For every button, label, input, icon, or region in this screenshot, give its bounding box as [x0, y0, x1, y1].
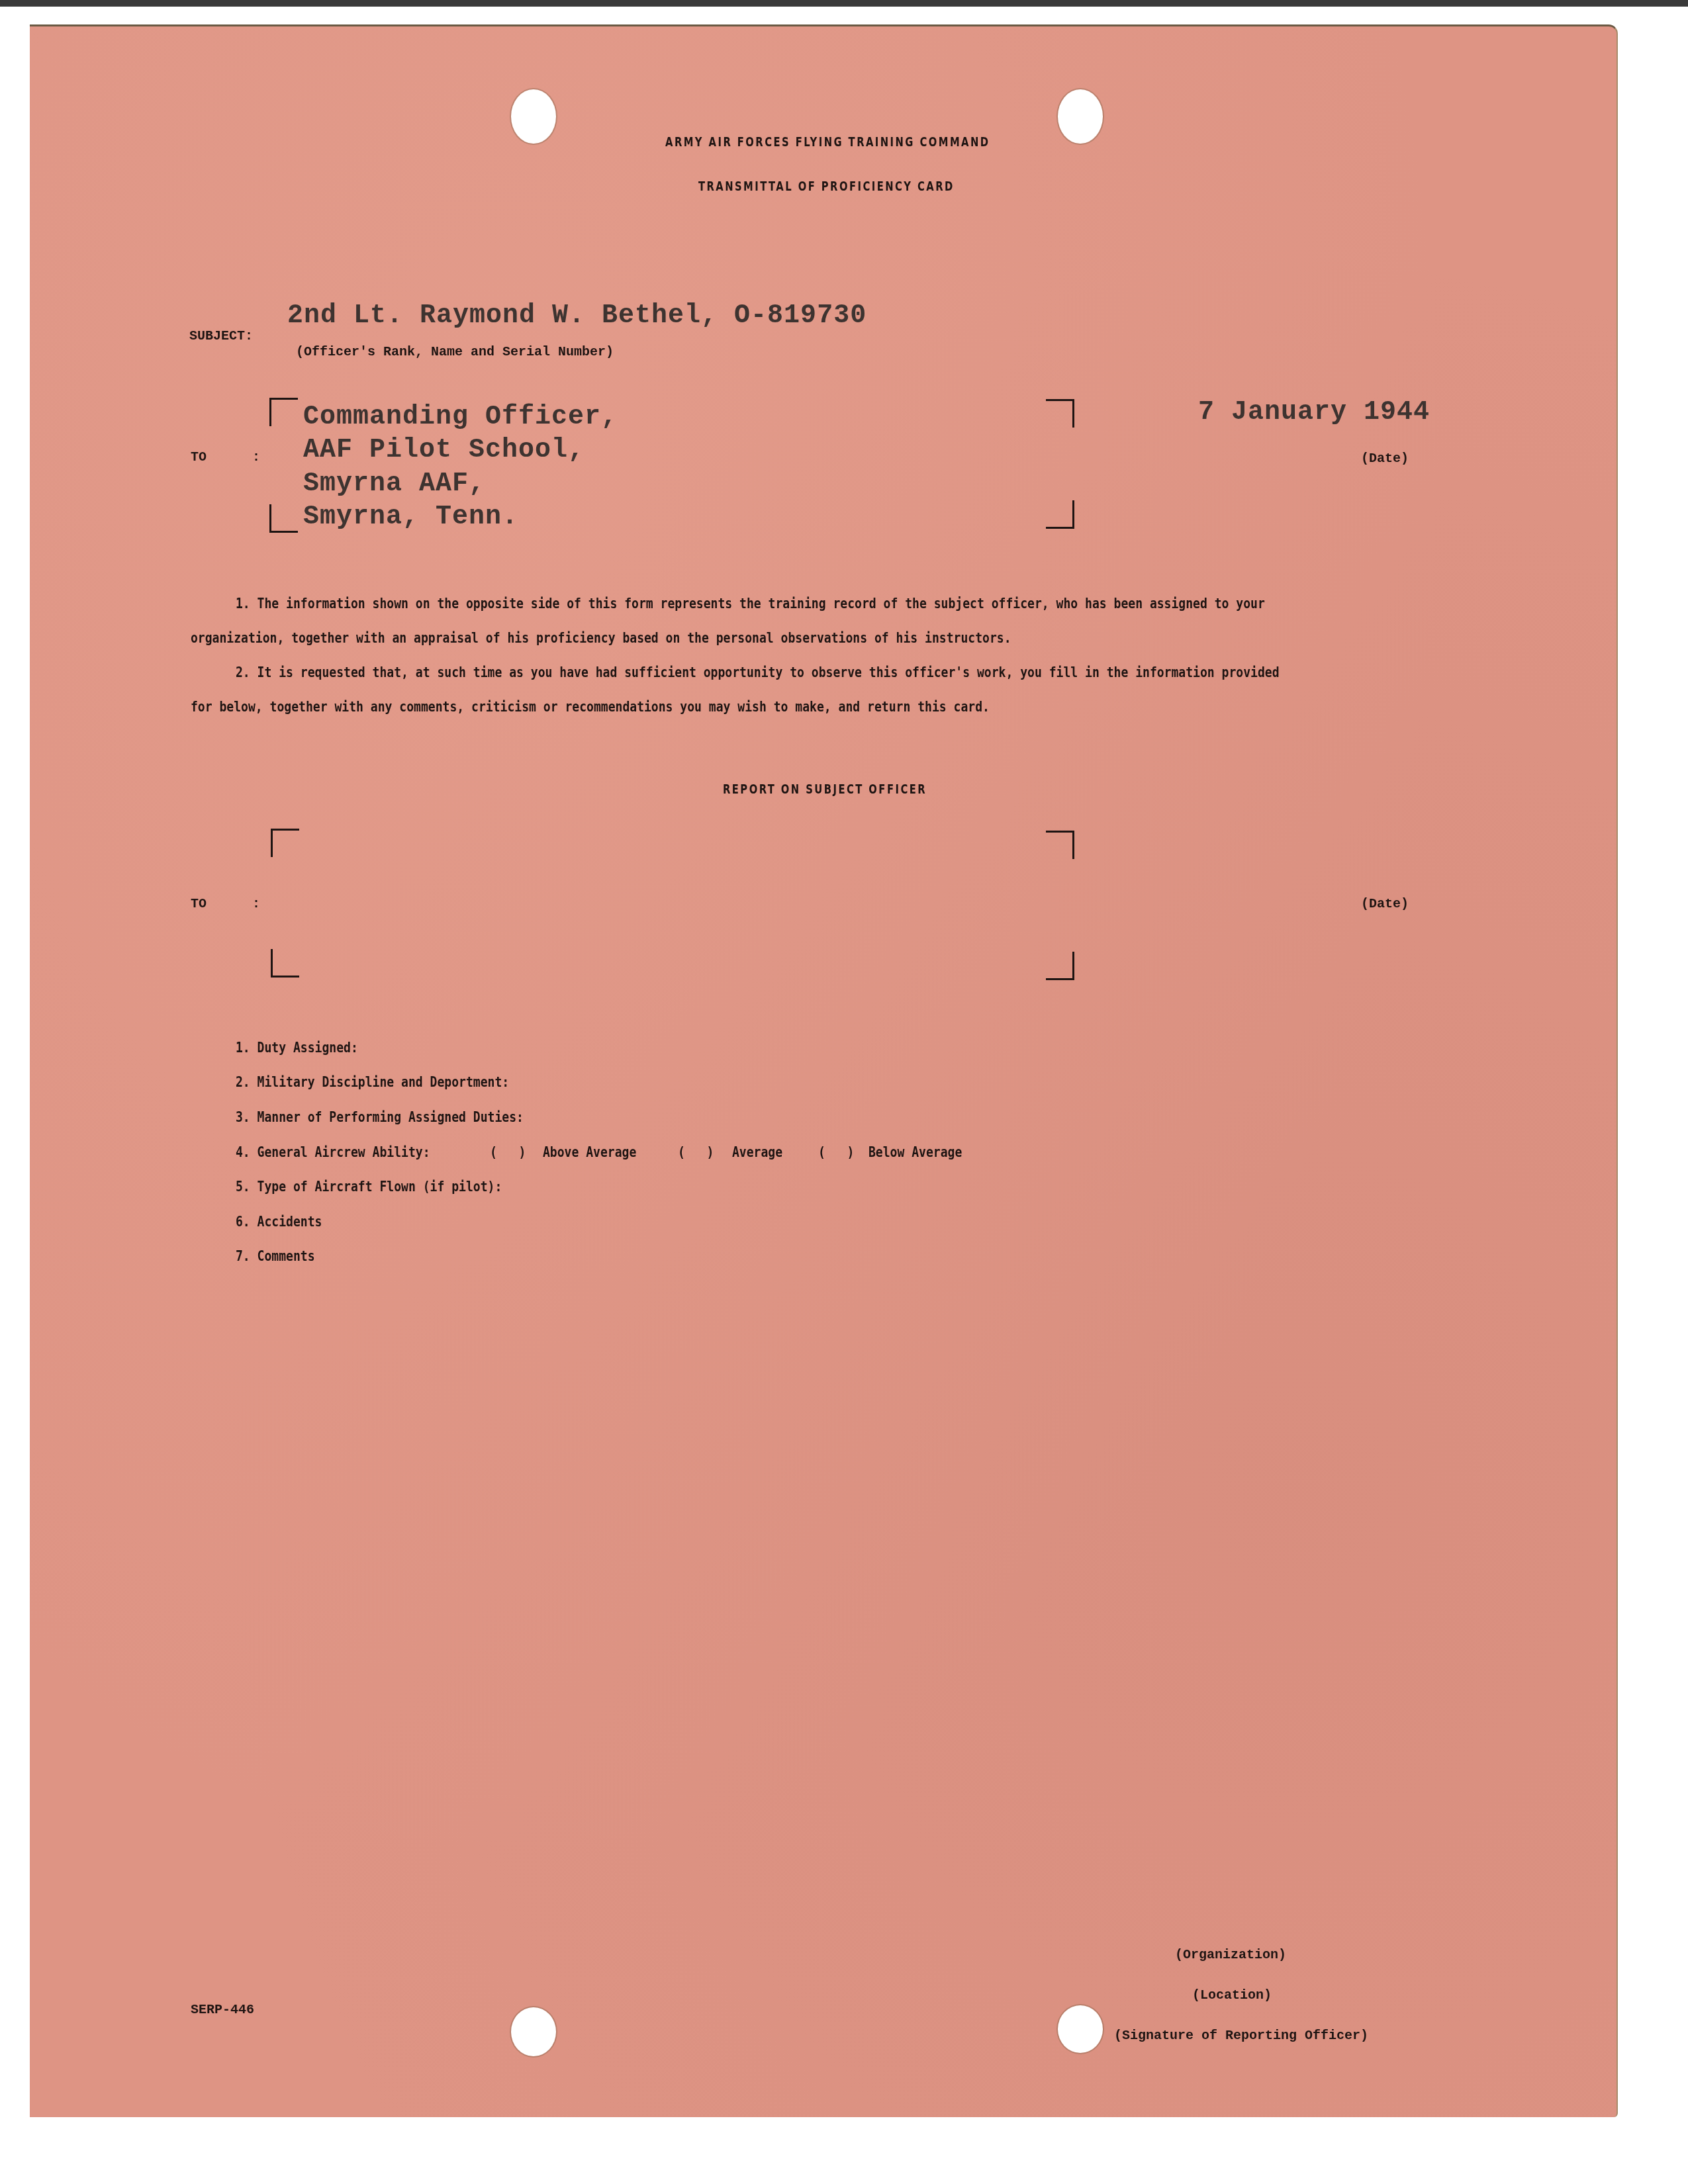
- address-bracket-top-left: [269, 398, 298, 426]
- address-bracket-bottom-right: [1046, 500, 1074, 529]
- address-bracket-top-right: [1046, 399, 1074, 428]
- scanner-edge: [0, 0, 1688, 7]
- report-bracket-bottom-left: [271, 949, 299, 978]
- location-caption: (Location): [1192, 1988, 1272, 2003]
- checkbox-above-average[interactable]: ( ): [490, 1144, 526, 1160]
- date-caption: (Date): [1361, 451, 1409, 467]
- to-colon: :: [252, 450, 260, 465]
- option-average-label: Average: [732, 1144, 782, 1160]
- report-item-manner-of-performing: 3. Manner of Performing Assigned Duties:: [236, 1109, 524, 1125]
- punch-hole-bottom-left: [511, 2007, 556, 2056]
- option-above-average-label: Above Average: [543, 1144, 636, 1160]
- report-to-colon: :: [252, 897, 260, 912]
- report-item-accidents: 6. Accidents: [236, 1214, 322, 1230]
- subject-caption: (Officer's Rank, Name and Serial Number): [296, 345, 614, 360]
- report-bracket-top-left: [271, 829, 299, 857]
- punch-hole-top-left: [511, 89, 556, 144]
- to-address-line: Commanding Officer,: [303, 402, 618, 432]
- report-item-duty-assigned: 1. Duty Assigned:: [236, 1040, 358, 1056]
- report-to-field[interactable]: [303, 860, 1031, 946]
- paragraph-2-line-1: 2. It is requested that, at such time as…: [236, 664, 1280, 680]
- header-command: ARMY AIR FORCES FLYING TRAINING COMMAND: [665, 134, 990, 150]
- date-value[interactable]: 7 January 1944: [1198, 398, 1430, 428]
- to-address-line: AAF Pilot School,: [303, 435, 585, 465]
- report-date-caption: (Date): [1361, 897, 1409, 912]
- subject-value[interactable]: 2nd Lt. Raymond W. Bethel, O-819730: [287, 301, 867, 331]
- paragraph-1-line-2: organization, together with an appraisal…: [191, 630, 1011, 646]
- subject-label: SUBJECT:: [189, 329, 253, 344]
- report-item-aircrew-ability: 4. General Aircrew Ability:: [236, 1144, 430, 1160]
- punch-hole-top-right: [1058, 89, 1103, 144]
- option-below-average-label: Below Average: [868, 1144, 962, 1160]
- report-to-label: TO: [191, 897, 207, 912]
- checkbox-average[interactable]: ( ): [678, 1144, 714, 1160]
- paragraph-2-line-2: for below, together with any comments, c…: [191, 699, 990, 715]
- header-title: TRANSMITTAL OF PROFICIENCY CARD: [698, 178, 955, 194]
- report-item-military-discipline: 2. Military Discipline and Deportment:: [236, 1074, 509, 1090]
- report-date-field[interactable]: [1198, 854, 1450, 887]
- report-item-aircraft-type: 5. Type of Aircraft Flown (if pilot):: [236, 1179, 502, 1195]
- report-bracket-top-right: [1046, 831, 1074, 859]
- signature-caption: (Signature of Reporting Officer): [1114, 2028, 1368, 2044]
- checkbox-below-average[interactable]: ( ): [818, 1144, 854, 1160]
- address-bracket-bottom-left: [269, 504, 298, 533]
- to-address-line: Smyrna, Tenn.: [303, 502, 518, 532]
- to-label: TO: [191, 450, 207, 465]
- punch-hole-bottom-right: [1058, 2005, 1103, 2053]
- proficiency-card: [30, 24, 1618, 2117]
- organization-caption: (Organization): [1175, 1948, 1286, 1963]
- form-number: SERP-446: [191, 2003, 254, 2018]
- report-heading: REPORT ON SUBJECT OFFICER: [723, 781, 927, 797]
- report-bracket-bottom-right: [1046, 952, 1074, 980]
- paragraph-1-line-1: 1. The information shown on the opposite…: [236, 596, 1265, 612]
- to-address-line: Smyrna AAF,: [303, 469, 485, 499]
- report-item-comments: 7. Comments: [236, 1248, 315, 1264]
